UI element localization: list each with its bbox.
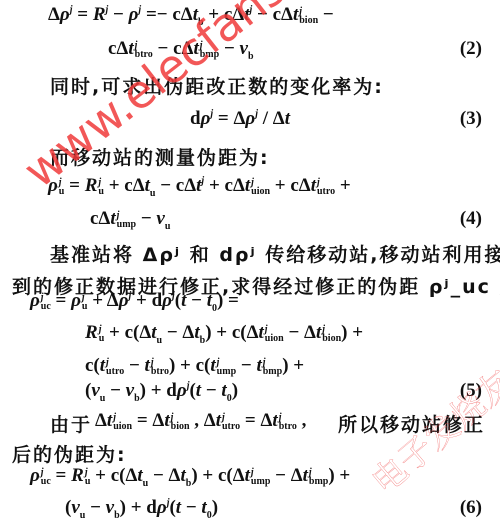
- paragraph-4-line-1-prefix: 由于: [50, 410, 92, 437]
- equation-6-line-2-math: (vu − vb) + dρj(t − t0): [65, 497, 218, 519]
- paragraph-3-line-1: 基准站将 Δρʲ 和 dρʲ 传给移动站,移动站利用接收: [0, 240, 500, 270]
- paragraph-4-line-1-math: Δtjuion = Δtjbion , Δtjutro = Δtjbtro ,: [95, 410, 306, 432]
- equation-5-line-2: Rju + c(Δtu − Δtb) + c(Δtjuion − Δtjbion…: [0, 322, 500, 352]
- equation-5-line-3-math: c(tjutro − tjbtro) + c(tjump − tjbmp) +: [85, 355, 304, 377]
- equation-4-line-2-math: cΔtjump − vu: [90, 208, 170, 230]
- paragraph-4-line-2-text: 后的伪距为:: [12, 440, 127, 467]
- equation-5-line-2-math: Rju + c(Δtu − Δtb) + c(Δtjuion − Δtjbion…: [85, 322, 363, 344]
- paragraph-3-line-1-text: 基准站将 Δρʲ 和 dρʲ 传给移动站,移动站利用接收: [50, 240, 500, 267]
- equation-5-line-4-math: (vu − vb) + dρj(t − t0): [85, 380, 238, 402]
- paragraph-1: 同时,可求出伪距改正数的变化率为:: [0, 72, 500, 102]
- equation-6-number: (6): [460, 497, 482, 519]
- equation-6-line-2: (vu − vb) + dρj(t − t0) (6): [0, 497, 500, 527]
- equation-3-math: dρj = Δρj / Δt: [190, 108, 290, 130]
- equation-5-line-1: ρjuc = ρju + Δρj + dρj(t − t0) =: [0, 290, 500, 320]
- equation-4-line-1-math: ρju = Rju + cΔtu − cΔtj + cΔtjuion + cΔt…: [48, 175, 351, 197]
- equation-3-number: (3): [460, 108, 482, 130]
- equation-4-number: (4): [460, 208, 482, 230]
- document-page: Δρj = Rj − ρj =− cΔtb + cΔtj − cΔtjbion …: [0, 0, 500, 531]
- equation-2-line-2: cΔtjbtro − cΔtjbmp − vb (2): [0, 38, 500, 68]
- equation-5-line-4: (vu − vb) + dρj(t − t0) (5): [0, 380, 500, 410]
- equation-6-line-1-math: ρjuc = Rju + c(Δtu − Δtb) + c(Δtjump − Δ…: [30, 465, 350, 487]
- equation-5-line-1-math: ρjuc = ρju + Δρj + dρj(t − t0) =: [30, 290, 239, 312]
- equation-4-line-1: ρju = Rju + cΔtu − cΔtj + cΔtjuion + cΔt…: [0, 175, 500, 205]
- equation-2-number: (2): [460, 38, 482, 60]
- equation-4-line-2: cΔtjump − vu (4): [0, 208, 500, 238]
